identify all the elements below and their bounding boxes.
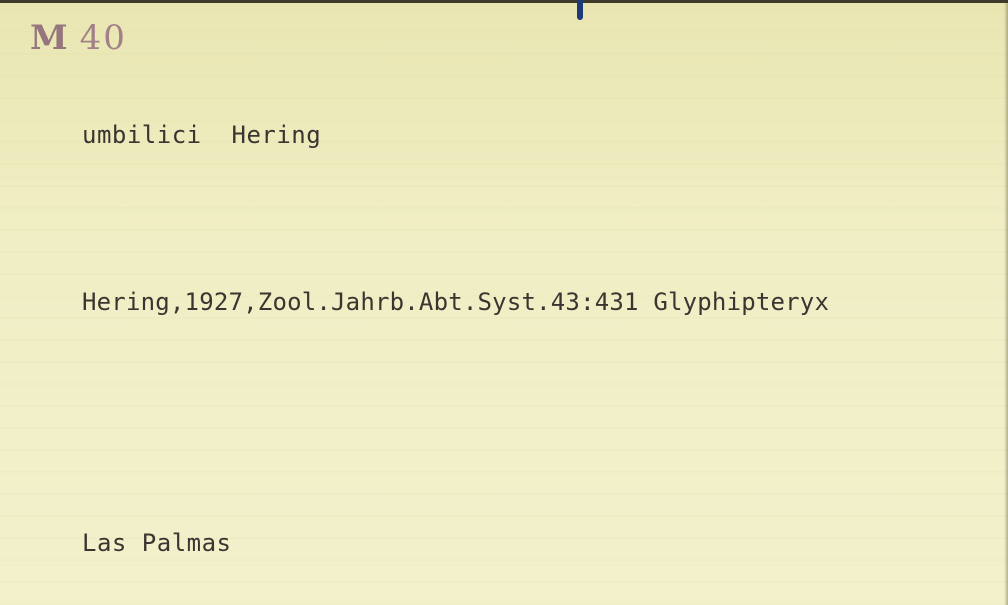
- card-right-edge: [1004, 0, 1008, 605]
- card-top-edge: [0, 0, 1008, 3]
- species-line: umbilici Hering: [82, 121, 321, 149]
- catalog-stamp: M40: [30, 18, 127, 58]
- index-card: M40 umbilici Hering Hering,1927,Zool.Jah…: [0, 0, 1008, 605]
- species-author: Hering: [232, 121, 322, 149]
- locality-line: Las Palmas: [82, 529, 232, 557]
- species-name: umbilici: [82, 121, 202, 149]
- pen-mark: [577, 0, 583, 20]
- stamp-letter: M: [30, 18, 70, 58]
- reference-line: Hering,1927,Zool.Jahrb.Abt.Syst.43:431 G…: [82, 288, 829, 316]
- stamp-number: 40: [80, 18, 127, 58]
